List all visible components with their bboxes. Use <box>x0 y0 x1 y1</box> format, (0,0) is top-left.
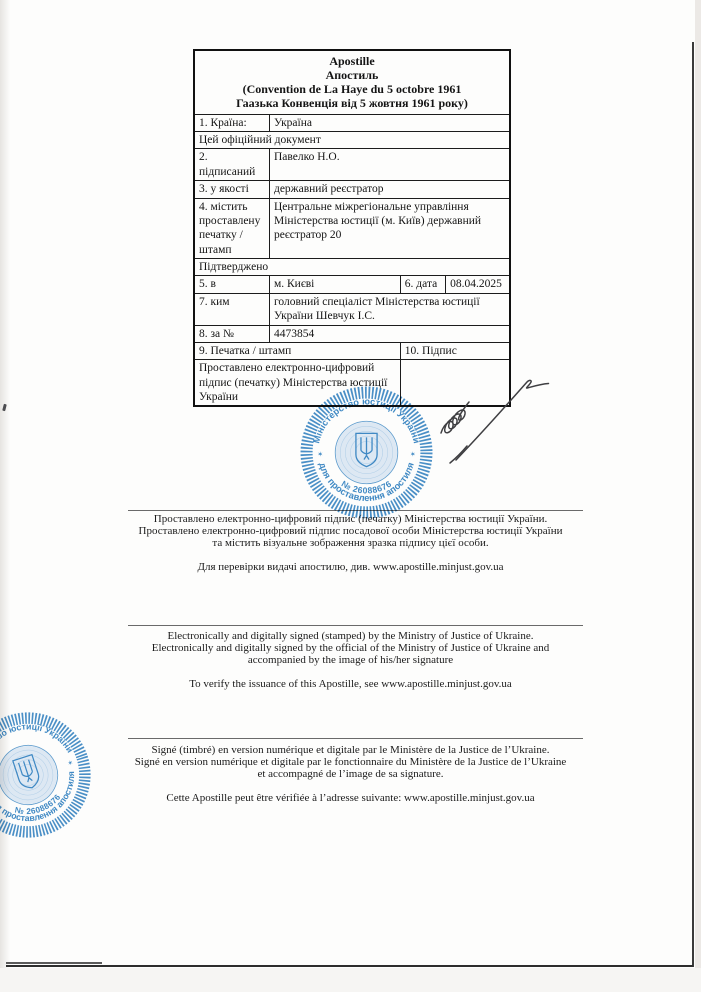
table-row: Apostille Апостиль (Convention de La Hay… <box>194 50 510 114</box>
seal-star-right: ✶ <box>67 759 74 767</box>
table-row: 2. підписаний Павелко Н.О. <box>194 149 510 181</box>
note-fr-line-3: et accompagné de l’image de sa signature… <box>100 769 601 781</box>
table-row: 4. містить проставлену печатку / штамп Ц… <box>194 198 510 259</box>
table-row: 9. Печатка / штамп 10. Підпис <box>194 342 510 359</box>
field-number-label: 8. за № <box>194 325 269 342</box>
table-row: 3. у якості державний реєстратор <box>194 181 510 198</box>
ministry-seal-main: Міністерство юстиції України для простав… <box>298 384 435 521</box>
scan-edge-bottom-line <box>6 965 693 967</box>
field-at-label: 5. в <box>194 276 269 293</box>
scan-edge-bottom-area <box>0 968 701 992</box>
note-en-verify-url: To verify the issuance of this Apostille… <box>100 679 601 691</box>
field-seal-value: Центральне міжрегіональне управління Мін… <box>269 198 510 259</box>
field-signature-label: 10. Підпис <box>400 342 510 359</box>
scan-edge-right <box>695 0 701 992</box>
seal-star-left: ✶ <box>317 451 323 459</box>
apostille-header: Apostille Апостиль (Convention de La Hay… <box>194 50 510 114</box>
divider-line-2 <box>128 625 583 626</box>
banner-official-document: Цей офіційний документ <box>194 132 510 149</box>
note-ua-verify-url: Для перевірки видачі апостилю, див. www.… <box>100 562 601 574</box>
table-row: Підтверджено <box>194 259 510 276</box>
divider-line-3 <box>128 738 583 739</box>
header-line-3: (Convention de La Haye du 5 octobre 1961 <box>197 82 507 96</box>
field-capacity-value: державний реєстратор <box>269 181 510 198</box>
table-row: 8. за № 4473854 <box>194 325 510 342</box>
scanned-apostille-document: Apostille Апостиль (Convention de La Hay… <box>0 0 701 992</box>
seal-star-right: ✶ <box>410 451 416 459</box>
note-block-ukrainian: Проставлено електронно-цифровий підпис (… <box>100 514 601 574</box>
table-row: 5. в м. Києві 6. дата 08.04.2025 <box>194 276 510 293</box>
handwritten-signature <box>428 368 563 473</box>
note-en-line-3: accompanied by the image of his/her sign… <box>100 655 601 667</box>
table-row: Цей офіційний документ <box>194 132 510 149</box>
note-fr-verify-url: Cette Apostille peut être vérifiée à l’a… <box>100 793 601 805</box>
ministry-seal-bottom-left: Міністерство юстиції України для простав… <box>0 693 110 857</box>
table-row: 7. ким головний спеціаліст Міністерства … <box>194 293 510 325</box>
field-date-value: 08.04.2025 <box>446 276 510 293</box>
note-block-french: Signé (timbré) en version numérique et d… <box>100 745 601 805</box>
field-at-value: м. Києві <box>269 276 400 293</box>
field-signed-by-label: 2. підписаний <box>194 149 269 181</box>
header-line-2: Апостиль <box>197 68 507 82</box>
scan-edge-bottom-line-2 <box>6 962 102 964</box>
note-ua-line-3: та містить візуальне зображення зразка п… <box>100 538 601 550</box>
field-capacity-label: 3. у якості <box>194 181 269 198</box>
field-country-value: Україна <box>269 114 510 131</box>
field-by-value: головний спеціаліст Міністерства юстиції… <box>269 293 510 325</box>
field-country-label: 1. Країна: <box>194 114 269 131</box>
apostille-table: Apostille Апостиль (Convention de La Hay… <box>193 49 511 407</box>
field-signed-by-value: Павелко Н.О. <box>269 149 510 181</box>
header-line-4: Гаазька Конвенція від 5 жовтня 1961 року… <box>197 96 507 110</box>
field-date-label: 6. дата <box>400 276 445 293</box>
header-line-1: Apostille <box>197 54 507 68</box>
field-seal-label: 4. містить проставлену печатку / штамп <box>194 198 269 259</box>
table-row: 1. Країна: Україна <box>194 114 510 131</box>
field-stamp-label: 9. Печатка / штамп <box>194 342 400 359</box>
scan-edge-right-line <box>692 42 694 967</box>
note-block-english: Electronically and digitally signed (sta… <box>100 631 601 691</box>
banner-certified: Підтверджено <box>194 259 510 276</box>
field-number-value: 4473854 <box>269 325 510 342</box>
field-by-label: 7. ким <box>194 293 269 325</box>
